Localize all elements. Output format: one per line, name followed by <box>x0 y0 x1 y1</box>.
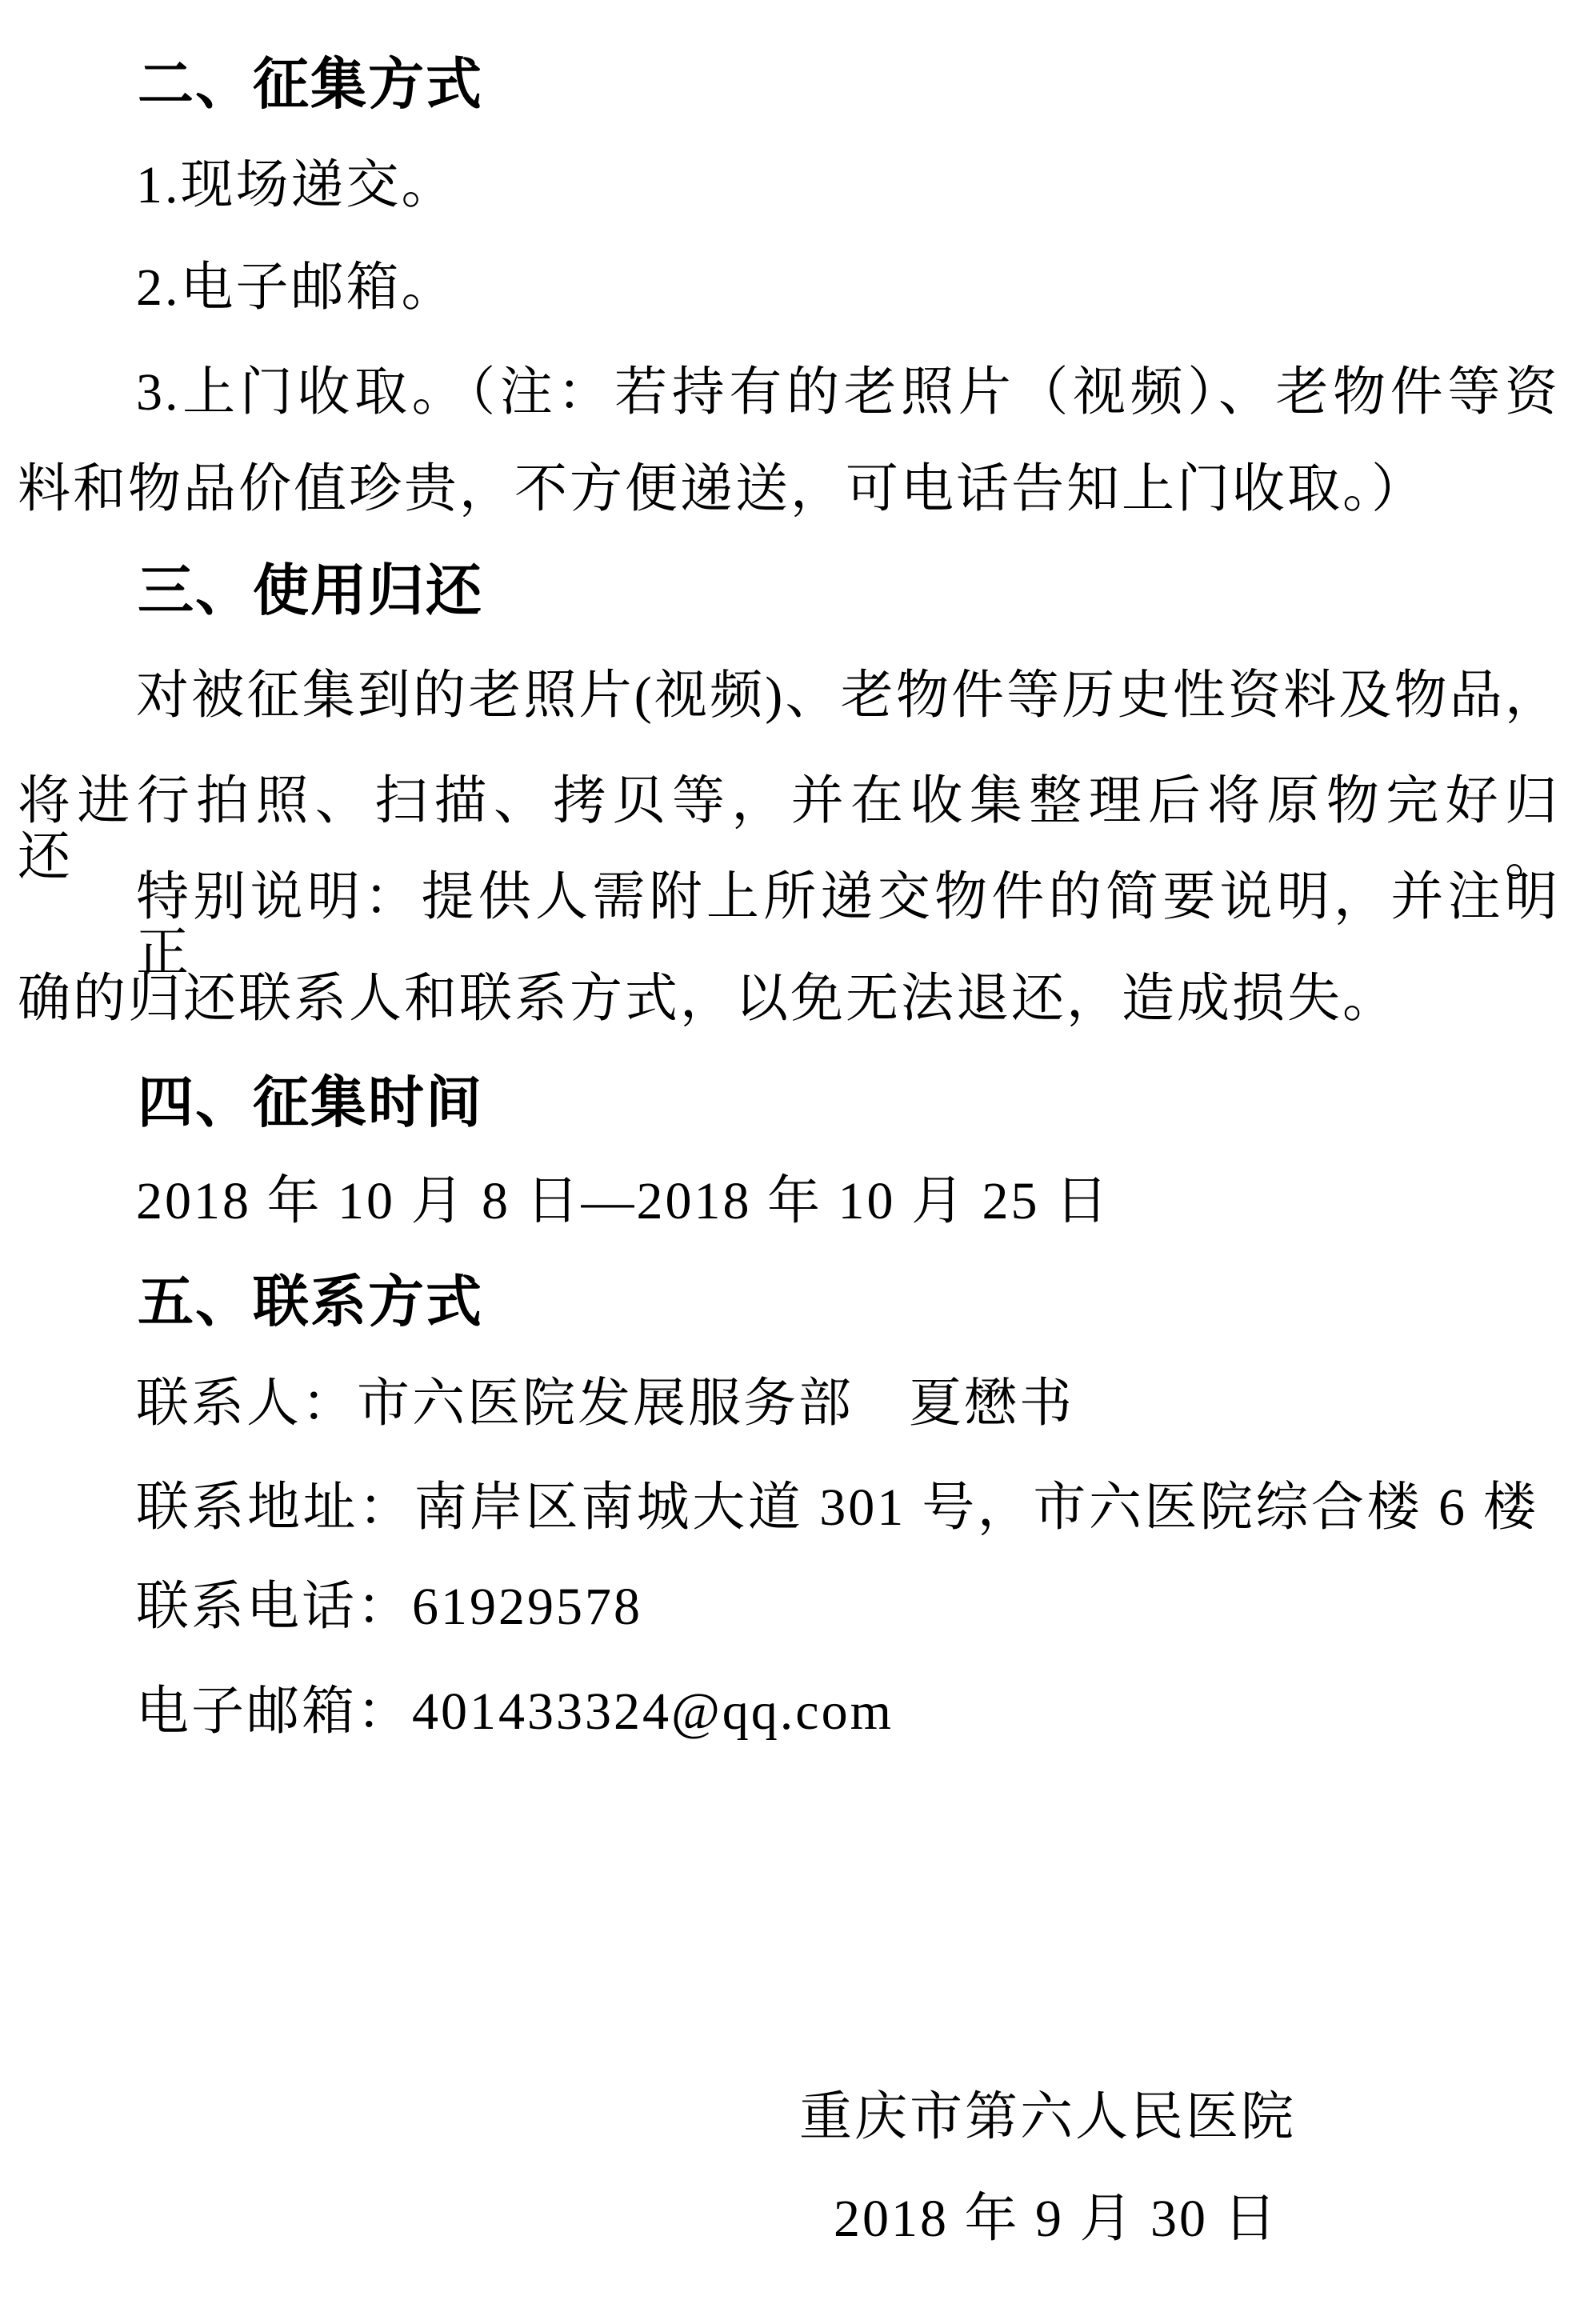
use-return-paragraph-line-1: 对被征集到的老照片(视频)、老物件等历史性资料及物品， <box>136 668 1560 724</box>
document-page: 二、征集方式 1.现场递交。 2.电子邮箱。 3.上门收取。（注：若持有的老照片… <box>0 0 1596 2308</box>
signature-date: 2018 年 9 月 30 日 <box>834 2191 1279 2247</box>
section-heading-contact-info: 五、联系方式 <box>138 1272 483 1331</box>
contact-address-line: 联系地址：南岸区南城大道 301 号，市六医院综合楼 6 楼 <box>136 1480 1538 1536</box>
section-heading-collection-method: 二、征集方式 <box>138 54 483 114</box>
special-note-line-2: 确的归还联系人和联系方式，以免无法退还，造成损失。 <box>18 971 1398 1027</box>
contact-phone-line: 联系电话：61929578 <box>136 1579 642 1635</box>
collection-period-dates: 2018 年 10 月 8 日—2018 年 10 月 25 日 <box>136 1174 1110 1230</box>
section-heading-collection-period: 四、征集时间 <box>138 1073 483 1132</box>
contact-email-line: 电子邮箱：401433324@qq.com <box>136 1684 894 1740</box>
collection-method-item-2: 2.电子邮箱。 <box>136 260 457 316</box>
special-note-line-1: 特别说明：提供人需附上所递交物件的简要说明，并注明正 <box>136 870 1560 982</box>
collection-method-item-3-line-1: 3.上门收取。（注：若持有的老照片（视频）、老物件等资 <box>136 365 1560 421</box>
contact-person-line: 联系人：市六医院发展服务部 夏懋书 <box>136 1376 1074 1432</box>
collection-method-item-1: 1.现场递交。 <box>136 158 457 214</box>
collection-method-item-3-line-2: 料和物品价值珍贵，不方便递送，可电话告知上门收取。） <box>18 462 1426 518</box>
section-heading-use-and-return: 三、使用归还 <box>138 561 483 620</box>
signature-organization: 重庆市第六人民医院 <box>799 2090 1296 2146</box>
